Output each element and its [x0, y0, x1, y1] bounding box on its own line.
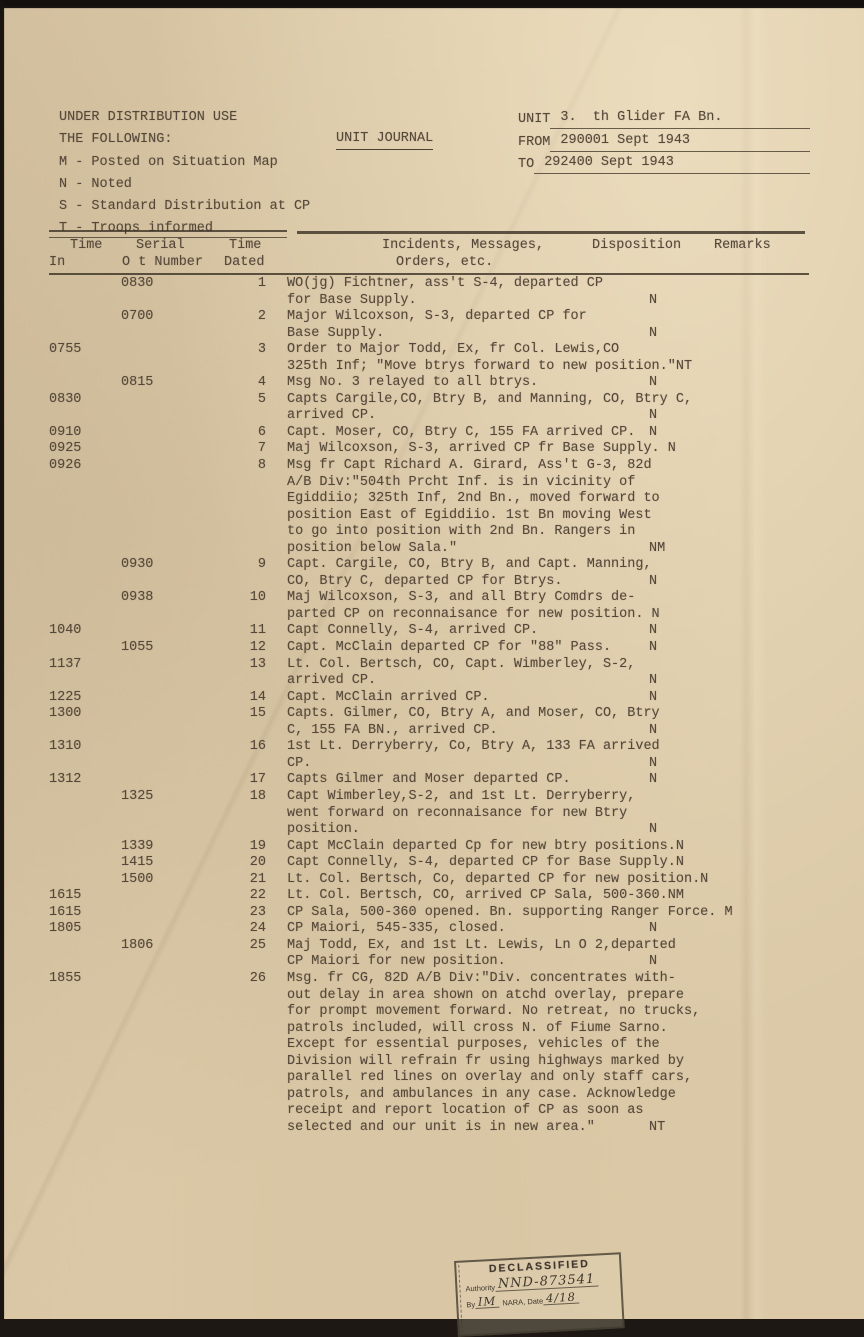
scan-edge-top [0, 0, 864, 9]
time-in-cell: 1300 [49, 706, 81, 723]
journal-line: 105512Capt. McClain departed CP for "88"… [4, 640, 834, 657]
serial-out-cell: 0815 [121, 375, 153, 392]
entry-number-cell: 5 [230, 392, 266, 409]
entry-text: went forward on reconnaisance for new Bt… [287, 806, 627, 823]
entry-text: position East of Egiddiio. 1st Bn moving… [287, 508, 652, 525]
serial-out-cell: 1806 [121, 938, 153, 955]
entry-number-cell: 23 [230, 905, 266, 922]
journal-line: 07553Order to Major Todd, Ex, fr Col. Le… [4, 342, 834, 359]
journal-line: A/B Div:"504th Prcht Inf. is in vicinity… [4, 475, 834, 492]
entry-text: out delay in area shown on atchd overlay… [287, 988, 684, 1005]
entry-text: Capt. Moser, CO, Btry C, 155 FA arrived … [287, 425, 635, 442]
journal-line: 104011Capt Connelly, S-4, arrived CP.N [4, 623, 834, 640]
stamp-authority-value: NND-873541 [495, 1273, 599, 1291]
distribution-heading-line1: UNDER DISTRIBUTION USE [59, 110, 237, 127]
from-label: FROM [518, 135, 550, 152]
journal-entries: 08301WO(jg) Fichtner, ass't S-4, departe… [4, 276, 864, 1136]
time-in-cell: 0830 [49, 392, 81, 409]
serial-out-cell: 1415 [121, 855, 153, 872]
entry-text: Capts Cargile,CO, Btry B, and Manning, C… [287, 392, 692, 409]
disposition-cell: N [649, 326, 657, 343]
entry-text: arrived CP. [287, 408, 376, 425]
to-form-row: TO292400 Sept 1943 [518, 153, 810, 174]
entry-number-cell: 7 [230, 441, 266, 458]
entry-text: WO(jg) Fichtner, ass't S-4, departed CP [287, 276, 603, 293]
entry-text: CP. [287, 756, 311, 773]
disposition-cell: N [649, 375, 657, 392]
col-header-remarks: Remarks [714, 238, 771, 255]
journal-line: for Base Supply.N [4, 293, 834, 310]
serial-out-cell: 0700 [121, 309, 153, 326]
journal-line: 1310161st Lt. Derryberry, Co, Btry A, 13… [4, 739, 834, 756]
journal-line: position.N [4, 822, 834, 839]
page-title: UNIT JOURNAL [336, 131, 433, 150]
serial-out-cell: 0830 [121, 276, 153, 293]
journal-line: 113713Lt. Col. Bertsch, CO, Capt. Wimber… [4, 657, 834, 674]
entry-number-cell: 2 [230, 309, 266, 326]
entry-number-cell: 10 [230, 590, 266, 607]
journal-line: 09257Maj Wilcoxson, S-3, arrived CP fr B… [4, 441, 834, 458]
from-form-row: FROM290001 Sept 1943 [518, 131, 810, 152]
entry-text: Capt. McClain departed CP for "88" Pass. [287, 640, 611, 657]
entry-text: Capt McClain departed Cp for new btry po… [287, 839, 684, 856]
to-label: TO [518, 157, 534, 174]
serial-out-cell: 1500 [121, 872, 153, 889]
serial-out-cell: 1339 [121, 839, 153, 856]
entry-number-cell: 12 [230, 640, 266, 657]
stamp-authority-label: Authority [465, 1283, 495, 1294]
journal-line: position below Sala."NM [4, 541, 834, 558]
journal-line: 08301WO(jg) Fichtner, ass't S-4, departe… [4, 276, 834, 293]
serial-out-cell: 1055 [121, 640, 153, 657]
stamp-date-value: 4/18 [543, 1291, 579, 1306]
entry-number-cell: 22 [230, 888, 266, 905]
entry-text: parallel red lines on overlay and only s… [287, 1070, 692, 1087]
journal-line: 180625Maj Todd, Ex, and 1st Lt. Lewis, L… [4, 938, 834, 955]
journal-line: to go into position with 2nd Bn. Rangers… [4, 524, 834, 541]
entry-text: 1st Lt. Derryberry, Co, Btry A, 133 FA a… [287, 739, 660, 756]
stamp-by-value: IM [475, 1295, 500, 1309]
time-in-cell: 0755 [49, 342, 81, 359]
entry-text: Capt Wimberley,S-2, and 1st Lt. Derryber… [287, 789, 635, 806]
col-header-time: Time [70, 238, 102, 255]
disposition-cell: NM [649, 541, 665, 558]
header-rule-left [49, 230, 287, 238]
entry-text: Maj Wilcoxson, S-3, and all Btry Comdrs … [287, 590, 635, 607]
entry-text: Maj Todd, Ex, and 1st Lt. Lewis, Ln O 2,… [287, 938, 676, 955]
scan-edge-left [0, 0, 5, 1319]
entry-number-cell: 4 [230, 375, 266, 392]
disposition-cell: N [649, 723, 657, 740]
journal-line: 325th Inf; "Move btrys forward to new po… [4, 359, 834, 376]
journal-line: 132518Capt Wimberley,S-2, and 1st Lt. De… [4, 789, 834, 806]
entry-text: Lt. Col. Bertsch, CO, Capt. Wimberley, S… [287, 657, 635, 674]
entry-number-cell: 9 [230, 557, 266, 574]
entry-text: Capt Connelly, S-4, departed CP for Base… [287, 855, 684, 872]
entry-text: for Base Supply. [287, 293, 417, 310]
entry-text: selected and our unit is in new area." [287, 1120, 595, 1137]
header-rule-right [297, 231, 805, 234]
journal-line: arrived CP.N [4, 673, 834, 690]
journal-line: arrived CP.N [4, 408, 834, 425]
document-page: UNDER DISTRIBUTION USE THE FOLLOWING: UN… [4, 8, 864, 1319]
col-header-in: In [49, 255, 65, 272]
entry-text: patrols, and ambulances in any case. Ack… [287, 1087, 676, 1104]
journal-line: 185526Msg. fr CG, 82D A/B Div:"Div. conc… [4, 971, 834, 988]
disposition-cell: N [649, 293, 657, 310]
journal-line: 07002Major Wilcoxson, S-3, departed CP f… [4, 309, 834, 326]
col-header-out-number: O t Number [122, 255, 203, 272]
entry-text: Division will refrain fr using highways … [287, 1054, 684, 1071]
entry-text: Maj Wilcoxson, S-3, arrived CP fr Base S… [287, 441, 676, 458]
disposition-cell: N [649, 640, 657, 657]
journal-line: Division will refrain fr using highways … [4, 1054, 834, 1071]
entry-text: Capts Gilmer and Moser departed CP. [287, 772, 571, 789]
col-header-serial: Serial [136, 238, 185, 255]
declassified-stamp: DECLASSIFIED Authority NND-873541 By IM … [454, 1252, 625, 1319]
time-in-cell: 1310 [49, 739, 81, 756]
journal-line: C, 155 FA BN., arrived CP.N [4, 723, 834, 740]
entry-text: Lt. Col. Bertsch, Co, departed CP for ne… [287, 872, 708, 889]
unit-label: UNIT [518, 112, 550, 129]
entry-text: Msg No. 3 relayed to all btrys. [287, 375, 538, 392]
journal-line: for prompt movement forward. No retreat,… [4, 1004, 834, 1021]
journal-line: CP.N [4, 756, 834, 773]
entry-number-cell: 17 [230, 772, 266, 789]
time-in-cell: 1312 [49, 772, 81, 789]
entry-text: Major Wilcoxson, S-3, departed CP for [287, 309, 587, 326]
journal-line: 180524CP Maiori, 545-335, closed.N [4, 921, 834, 938]
disposition-cell: N [649, 822, 657, 839]
entry-text: Capt. McClain arrived CP. [287, 690, 490, 707]
entry-number-cell: 13 [230, 657, 266, 674]
journal-line: 093810Maj Wilcoxson, S-3, and all Btry C… [4, 590, 834, 607]
entry-number-cell: 24 [230, 921, 266, 938]
entry-text: Except for essential purposes, vehicles … [287, 1037, 660, 1054]
entry-text: Base Supply. [287, 326, 384, 343]
legend-item-n: N - Noted [59, 177, 132, 194]
disposition-cell: NT [649, 1120, 665, 1137]
entry-number-cell: 16 [230, 739, 266, 756]
entry-text: arrived CP. [287, 673, 376, 690]
disposition-cell: N [649, 772, 657, 789]
journal-line: patrols included, will cross N. of Fiume… [4, 1021, 834, 1038]
col-header-time-dated: Time [229, 238, 261, 255]
entry-number-cell: 6 [230, 425, 266, 442]
stamp-nara-label: NARA, Date [502, 1296, 543, 1307]
entry-text: to go into position with 2nd Bn. Rangers… [287, 524, 635, 541]
to-value: 292400 Sept 1943 [534, 155, 810, 174]
time-in-cell: 1040 [49, 623, 81, 640]
stamp-by-label: By [466, 1300, 475, 1309]
journal-line: 122514Capt. McClain arrived CP.N [4, 690, 834, 707]
journal-line: 161522Lt. Col. Bertsch, CO, arrived CP S… [4, 888, 834, 905]
time-in-cell: 0910 [49, 425, 81, 442]
entry-text: CP Maiori for new position. [287, 954, 506, 971]
legend-item-m: M - Posted on Situation Map [59, 155, 278, 172]
journal-line: out delay in area shown on atchd overlay… [4, 988, 834, 1005]
time-in-cell: 0925 [49, 441, 81, 458]
disposition-cell: N [649, 673, 657, 690]
header-underline [49, 273, 809, 275]
entry-number-cell: 14 [230, 690, 266, 707]
journal-line: CO, Btry C, departed CP for Btrys.N [4, 574, 834, 591]
entry-text: Msg. fr CG, 82D A/B Div:"Div. concentrat… [287, 971, 676, 988]
serial-out-cell: 0938 [121, 590, 153, 607]
unit-form-row: UNIT3. th Glider FA Bn. [518, 108, 810, 129]
time-in-cell: 1137 [49, 657, 81, 674]
stamp-inner-border [458, 1265, 463, 1319]
journal-line: Base Supply.N [4, 326, 834, 343]
journal-line: 131217Capts Gilmer and Moser departed CP… [4, 772, 834, 789]
time-in-cell: 1615 [49, 888, 81, 905]
entry-text: position. [287, 822, 360, 839]
journal-line: 141520Capt Connelly, S-4, departed CP fo… [4, 855, 834, 872]
time-in-cell: 1615 [49, 905, 81, 922]
entry-number-cell: 26 [230, 971, 266, 988]
disposition-cell: N [649, 623, 657, 640]
journal-line: parted CP on reconnaisance for new posit… [4, 607, 834, 624]
journal-line: 161523CP Sala, 500-360 opened. Bn. suppo… [4, 905, 834, 922]
entry-text: Egiddiio; 325th Inf, 2nd Bn., moved forw… [287, 491, 660, 508]
journal-line: Except for essential purposes, vehicles … [4, 1037, 834, 1054]
journal-line: Egiddiio; 325th Inf, 2nd Bn., moved forw… [4, 491, 834, 508]
journal-line: selected and our unit is in new area."NT [4, 1120, 834, 1137]
disposition-cell: N [649, 425, 657, 442]
entry-text: 325th Inf; "Move btrys forward to new po… [287, 359, 692, 376]
entry-number-cell: 11 [230, 623, 266, 640]
journal-line: patrols, and ambulances in any case. Ack… [4, 1087, 834, 1104]
entry-text: CP Sala, 500-360 opened. Bn. supporting … [287, 905, 733, 922]
entry-text: Capts. Gilmer, CO, Btry A, and Moser, CO… [287, 706, 660, 723]
journal-line: parallel red lines on overlay and only s… [4, 1070, 834, 1087]
entry-number-cell: 18 [230, 789, 266, 806]
entry-text: CO, Btry C, departed CP for Btrys. [287, 574, 562, 591]
entry-number-cell: 3 [230, 342, 266, 359]
serial-out-cell: 1325 [121, 789, 153, 806]
journal-line: went forward on reconnaisance for new Bt… [4, 806, 834, 823]
disposition-cell: N [649, 921, 657, 938]
entry-number-cell: 20 [230, 855, 266, 872]
entry-number-cell: 19 [230, 839, 266, 856]
entry-text: Capt. Cargile, CO, Btry B, and Capt. Man… [287, 557, 652, 574]
entry-number-cell: 21 [230, 872, 266, 889]
disposition-cell: N [649, 690, 657, 707]
entry-text: Lt. Col. Bertsch, CO, arrived CP Sala, 5… [287, 888, 684, 905]
entry-text: CP Maiori, 545-335, closed. [287, 921, 506, 938]
entry-text: for prompt movement forward. No retreat,… [287, 1004, 700, 1021]
entry-text: C, 155 FA BN., arrived CP. [287, 723, 498, 740]
unit-value: 3. th Glider FA Bn. [550, 110, 810, 129]
journal-line: 08154Msg No. 3 relayed to all btrys.N [4, 375, 834, 392]
time-in-cell: 1225 [49, 690, 81, 707]
time-in-cell: 1805 [49, 921, 81, 938]
time-in-cell: 1855 [49, 971, 81, 988]
disposition-cell: N [649, 408, 657, 425]
entry-text: position below Sala." [287, 541, 457, 558]
legend-item-s: S - Standard Distribution at CP [59, 199, 310, 216]
journal-line: receipt and report location of CP as soo… [4, 1103, 834, 1120]
journal-line: CP Maiori for new position.N [4, 954, 834, 971]
journal-line: 130015Capts. Gilmer, CO, Btry A, and Mos… [4, 706, 834, 723]
disposition-cell: N [649, 954, 657, 971]
col-header-orders-etc: Orders, etc. [396, 255, 493, 272]
disposition-cell: N [649, 756, 657, 773]
entry-text: Order to Major Todd, Ex, fr Col. Lewis,C… [287, 342, 619, 359]
entry-number-cell: 25 [230, 938, 266, 955]
serial-out-cell: 0930 [121, 557, 153, 574]
distribution-heading-line2: THE FOLLOWING: [59, 132, 172, 149]
entry-number-cell: 15 [230, 706, 266, 723]
entry-text: Capt Connelly, S-4, arrived CP. [287, 623, 538, 640]
time-in-cell: 0926 [49, 458, 81, 475]
disposition-cell: N [649, 574, 657, 591]
col-header-incidents: Incidents, Messages, [382, 238, 544, 255]
journal-line: 150021Lt. Col. Bertsch, Co, departed CP … [4, 872, 834, 889]
entry-text: A/B Div:"504th Prcht Inf. is in vicinity… [287, 475, 635, 492]
journal-line: 09268Msg fr Capt Richard A. Girard, Ass'… [4, 458, 834, 475]
entry-text: parted CP on reconnaisance for new posit… [287, 607, 660, 624]
col-header-dated: Dated [224, 255, 265, 272]
journal-line: 09106Capt. Moser, CO, Btry C, 155 FA arr… [4, 425, 834, 442]
entry-number-cell: 1 [230, 276, 266, 293]
journal-line: 133919Capt McClain departed Cp for new b… [4, 839, 834, 856]
entry-number-cell: 8 [230, 458, 266, 475]
journal-line: 08305Capts Cargile,CO, Btry B, and Manni… [4, 392, 834, 409]
journal-line: 09309Capt. Cargile, CO, Btry B, and Capt… [4, 557, 834, 574]
journal-line: position East of Egiddiio. 1st Bn moving… [4, 508, 834, 525]
from-value: 290001 Sept 1943 [550, 133, 810, 152]
entry-text: Msg fr Capt Richard A. Girard, Ass't G-3… [287, 458, 652, 475]
entry-text: patrols included, will cross N. of Fiume… [287, 1021, 668, 1038]
entry-text: receipt and report location of CP as soo… [287, 1103, 643, 1120]
col-header-disposition: Disposition [592, 238, 681, 255]
